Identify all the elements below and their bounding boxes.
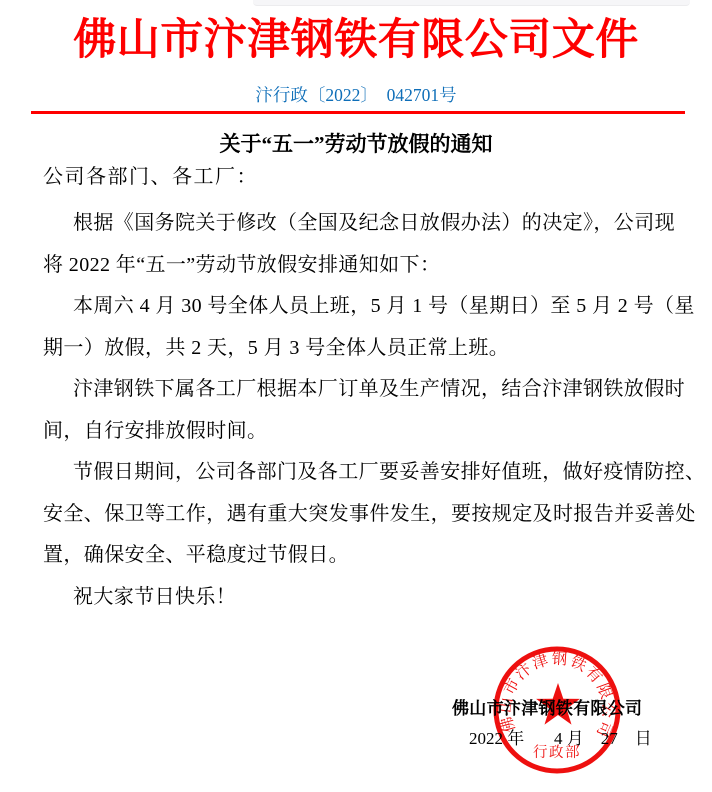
body-line: 节假日期间，公司各部门及各工厂要妥善安排好值班，做好疫情防控、 — [43, 452, 683, 494]
star-icon — [536, 683, 580, 725]
body-lines: 根据《国务院关于修改（全国及纪念日放假办法）的决定》，公司现将 2022 年“五… — [43, 203, 683, 618]
window-edge-bar — [253, 0, 690, 6]
org-title: 佛山市汴津钢铁有限公司文件 — [0, 16, 712, 67]
body-line: 根据《国务院关于修改（全国及纪念日放假办法）的决定》，公司现 — [43, 203, 683, 245]
doc-title: 关于“五一”劳动节放假的通知 — [0, 128, 712, 158]
body-line: 间，自行安排放假时间。 — [43, 411, 683, 453]
doc-number: 汴行政〔2022〕 042701号 — [0, 82, 712, 107]
stamp-dept-text: 行政部 — [533, 744, 581, 761]
body-line: 期一）放假，共 2 天，5 月 3 号全体人员正常上班。 — [43, 328, 683, 370]
body-line: 祝大家节日快乐！ — [43, 577, 683, 619]
body-line: 本周六 4 月 30 号全体人员上班，5 月 1 号（星期日）至 5 月 2 号… — [43, 286, 683, 328]
body-line: 汴津钢铁下属各工厂根据本厂订单及生产情况，结合汴津钢铁放假时 — [43, 369, 683, 411]
body-line: 将 2022 年“五一”劳动节放假安排通知如下： — [43, 245, 683, 287]
red-divider — [31, 111, 685, 114]
body-line: 安全、保卫等工作，遇有重大突发事件发生，要按规定及时报告并妥善处 — [43, 494, 683, 536]
official-stamp: 佛山市汴津钢铁有限公司 行政部 — [482, 635, 632, 785]
body-line: 置，确保安全、平稳度过节假日。 — [43, 535, 683, 577]
salutation: 公司各部门、各工厂： — [43, 160, 258, 189]
